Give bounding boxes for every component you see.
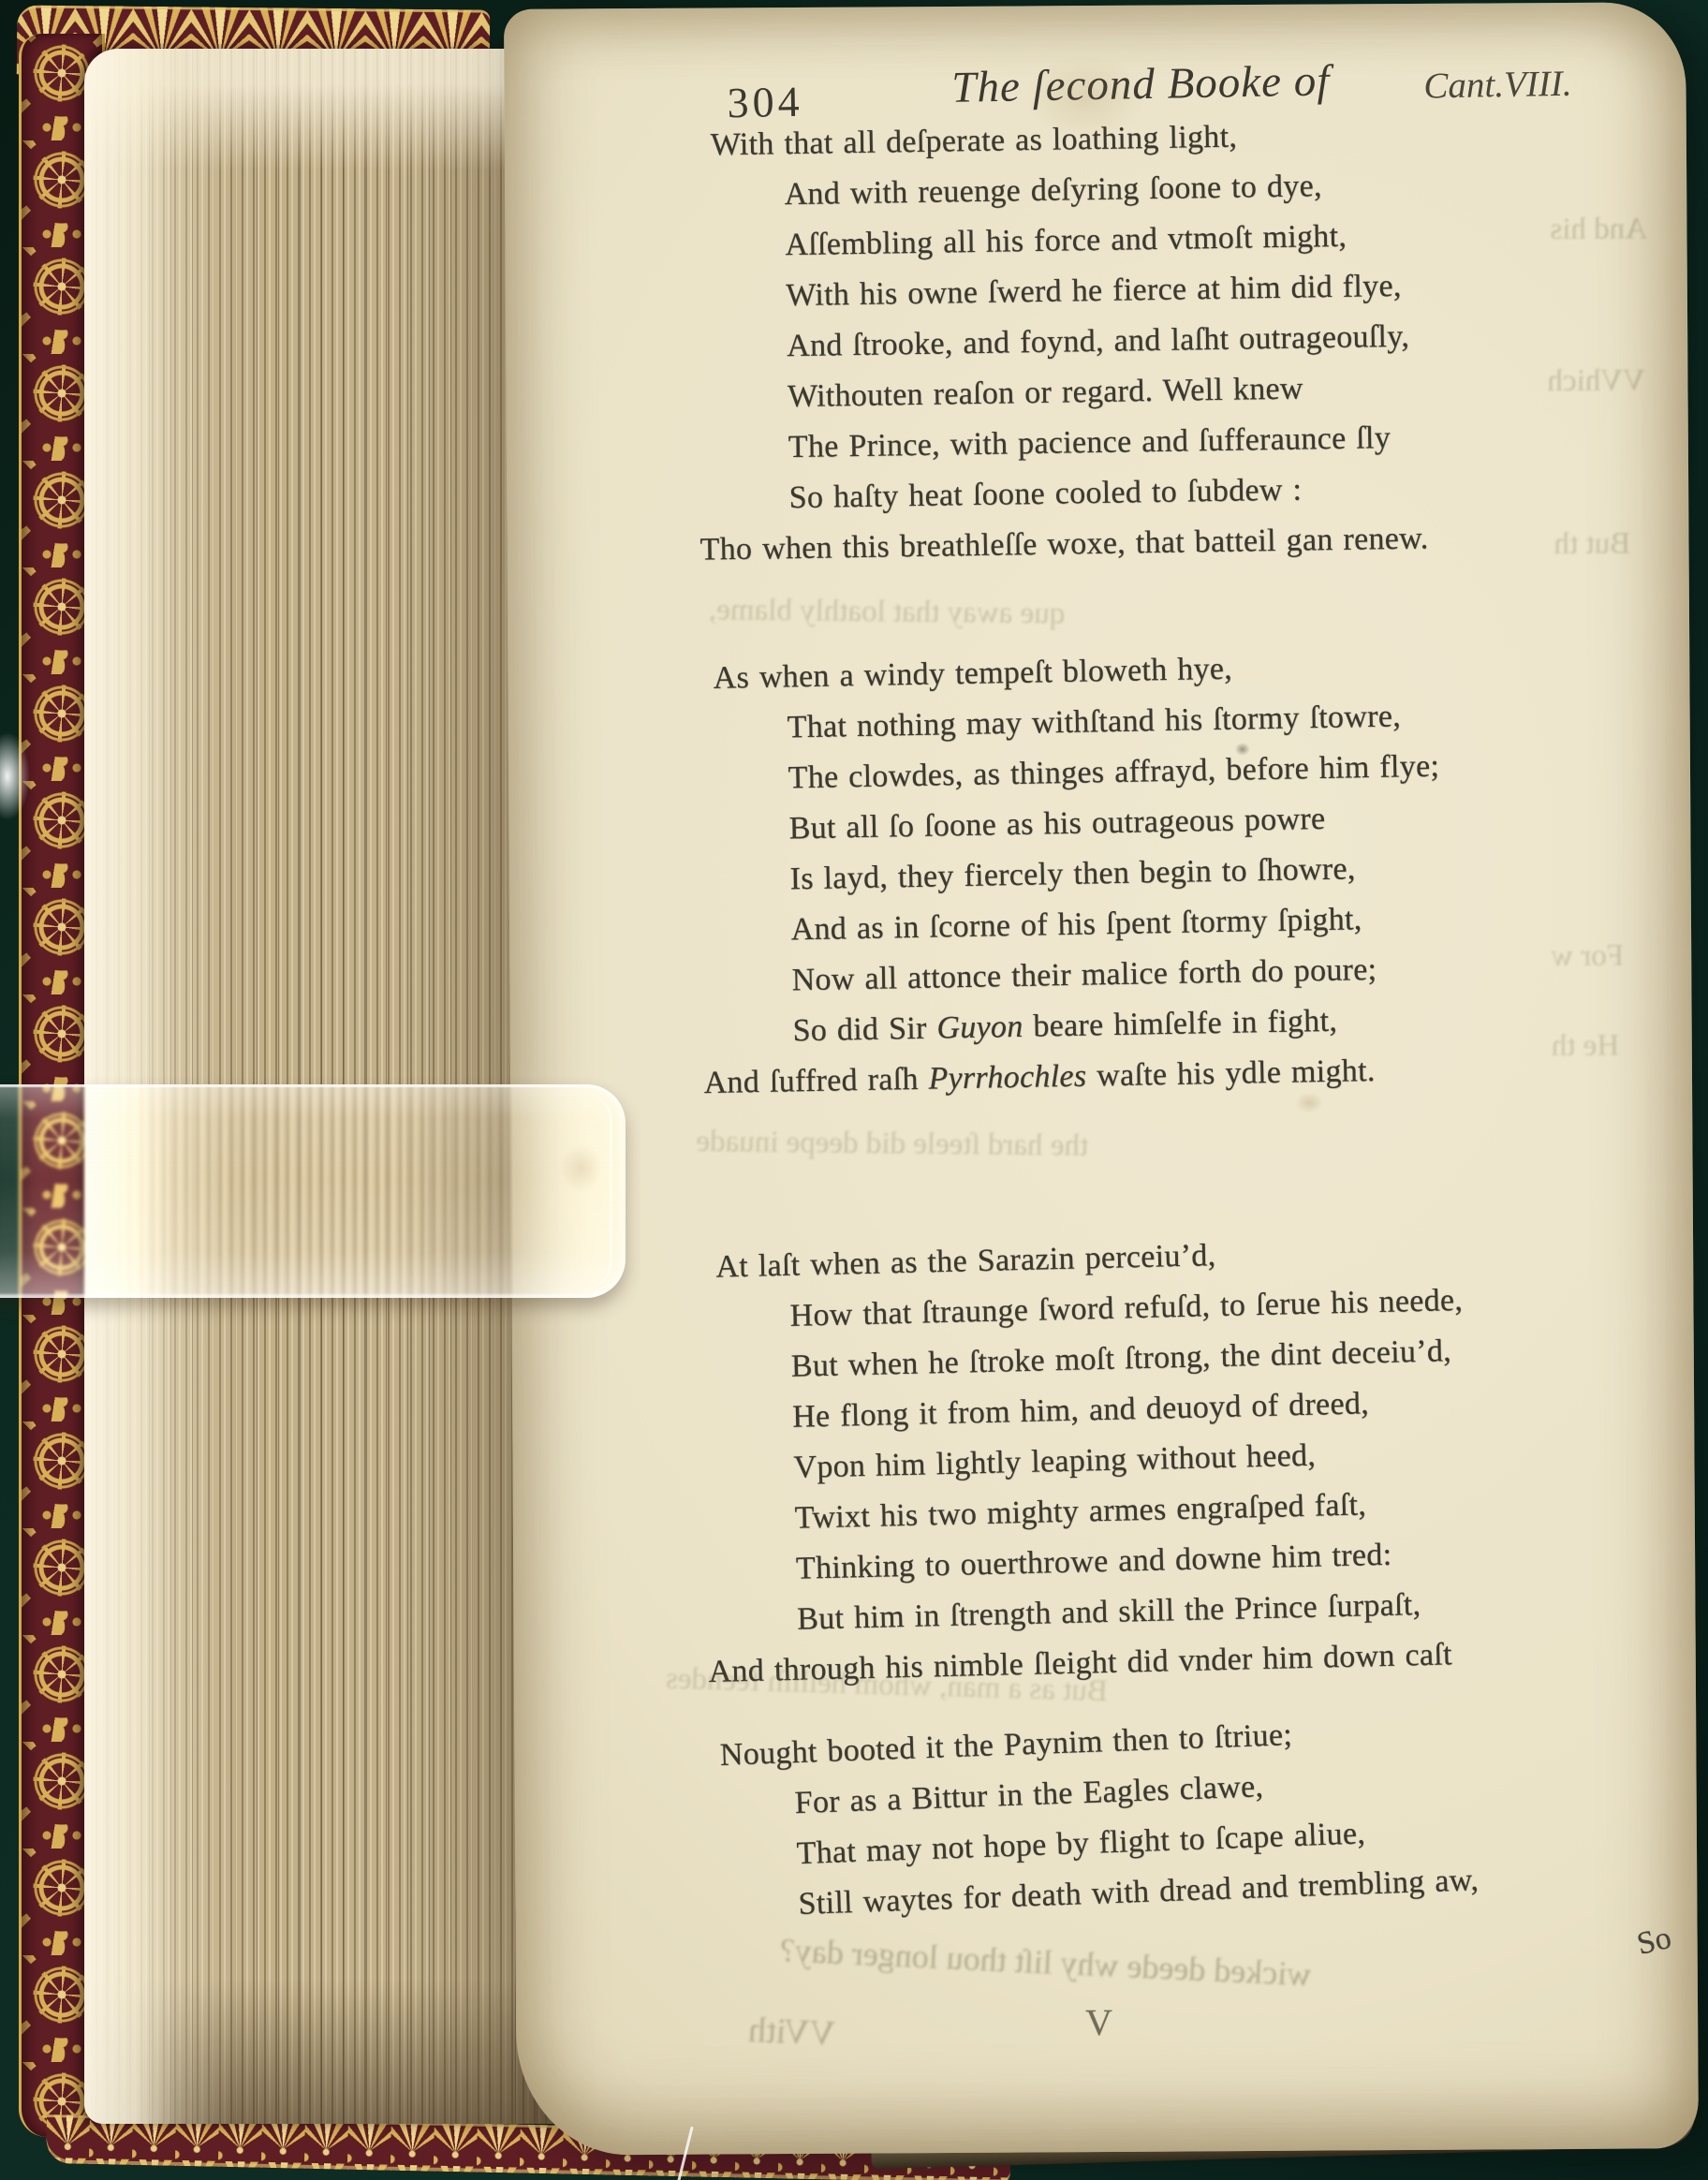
line-text: For as a Bittur in the Eagles clawe,: [794, 1769, 1264, 1820]
line-text: So did Sir: [792, 1011, 936, 1049]
stanza-1: With that all deſperate as loathing ligh…: [502, 107, 1585, 579]
line-text: Tho when this breathleſſe woxe, that bat…: [699, 521, 1429, 567]
show-through-text: VVith: [747, 2010, 836, 2055]
line-text: Withouten reaſon or regard. Well knew: [788, 372, 1303, 415]
glass-weight-strip: [0, 1084, 626, 1298]
book-photograph: 304 The ſecond Booke of Cant.VIII. With …: [0, 0, 1708, 2180]
line-text: With his owne ſwerd he fierce at him did…: [786, 269, 1402, 313]
line-text: The clowdes, as thinges affrayd, before …: [788, 749, 1439, 796]
line-text: Thinking to ouerthrowe and downe him tre…: [796, 1538, 1392, 1586]
line-text: Twixt his two mighty armes engraſped faſ…: [794, 1487, 1366, 1535]
line-text: But all ſo ſoone as his outrageous powre: [788, 802, 1325, 846]
line-text: waſte his ydle might.: [1086, 1053, 1376, 1094]
line-text: And as in ſcorne of his ſpent ſtormy ſpi…: [790, 902, 1362, 947]
line-text: So haſty heat ſoone cooled to ſubdew :: [788, 473, 1302, 516]
stanza-3: At laſt when as the Sarazin perceiu’d,Ho…: [508, 1222, 1595, 1702]
line-text: Aſſembling all his force and vtmoſt migh…: [785, 219, 1347, 262]
line-text: But when he ſtroke moſt ſtrong, the dint…: [790, 1333, 1451, 1384]
proper-name-italic: Guyon: [936, 1009, 1023, 1046]
stanza-4: Nought booted it the Paynim then to ſtri…: [511, 1700, 1595, 1940]
show-through-text: que away that loathly blame,: [709, 593, 1066, 631]
show-through-text: wicked deede why liſt thou longer day?: [779, 1930, 1312, 1994]
line-text: That nothing may withſtand his ſtormy ſt…: [787, 699, 1401, 744]
stanza-2: As when a windy tempeſt bloweth hye,That…: [505, 638, 1590, 1112]
line-text: Vpon him lightly leaping without heed,: [793, 1438, 1316, 1485]
proper-name-italic: Pyrrhochles: [928, 1059, 1087, 1097]
line-text: Is layd, they fiercely then begin to ſho…: [789, 851, 1356, 896]
line-text: At laſt when as the Sarazin perceiu’d,: [715, 1238, 1216, 1285]
line-text: He flong it from him, and deuoyd of dree…: [792, 1386, 1370, 1435]
running-title: The ſecond Booke of: [951, 55, 1331, 112]
line-text: Now all attonce their malice forth do po…: [791, 952, 1377, 997]
signature-mark: V: [1085, 2000, 1112, 2044]
canto-label: Cant.VIII.: [1423, 63, 1572, 108]
line-text: As when a windy tempeſt bloweth hye,: [713, 652, 1232, 696]
line-text: beare himſelfe in fight,: [1023, 1004, 1337, 1044]
line-text: And ſuffred raſh: [703, 1062, 929, 1100]
line-text: How that ſtraunge ſword refuſd, to ſerue…: [789, 1283, 1463, 1333]
show-through-text: the hard ſteele did deepe inuade: [696, 1125, 1088, 1164]
line-text: With that all deſperate as loathing ligh…: [711, 120, 1238, 163]
line-text: But him in ſtrength and skill the Prince…: [797, 1587, 1421, 1637]
catchword: So: [1634, 1921, 1675, 1963]
line-text: And ſtrooke, and foynd, and laſht outrag…: [787, 319, 1410, 363]
line-text: The Prince, with pacience and ſufferaunc…: [788, 420, 1391, 464]
line-text: And with reuenge deſyring ſoone to dye,: [784, 169, 1322, 212]
open-book-page: 304 The ſecond Booke of Cant.VIII. With …: [504, 2, 1699, 2156]
line-text: And through his nimble ſleight did vnder…: [708, 1637, 1452, 1689]
